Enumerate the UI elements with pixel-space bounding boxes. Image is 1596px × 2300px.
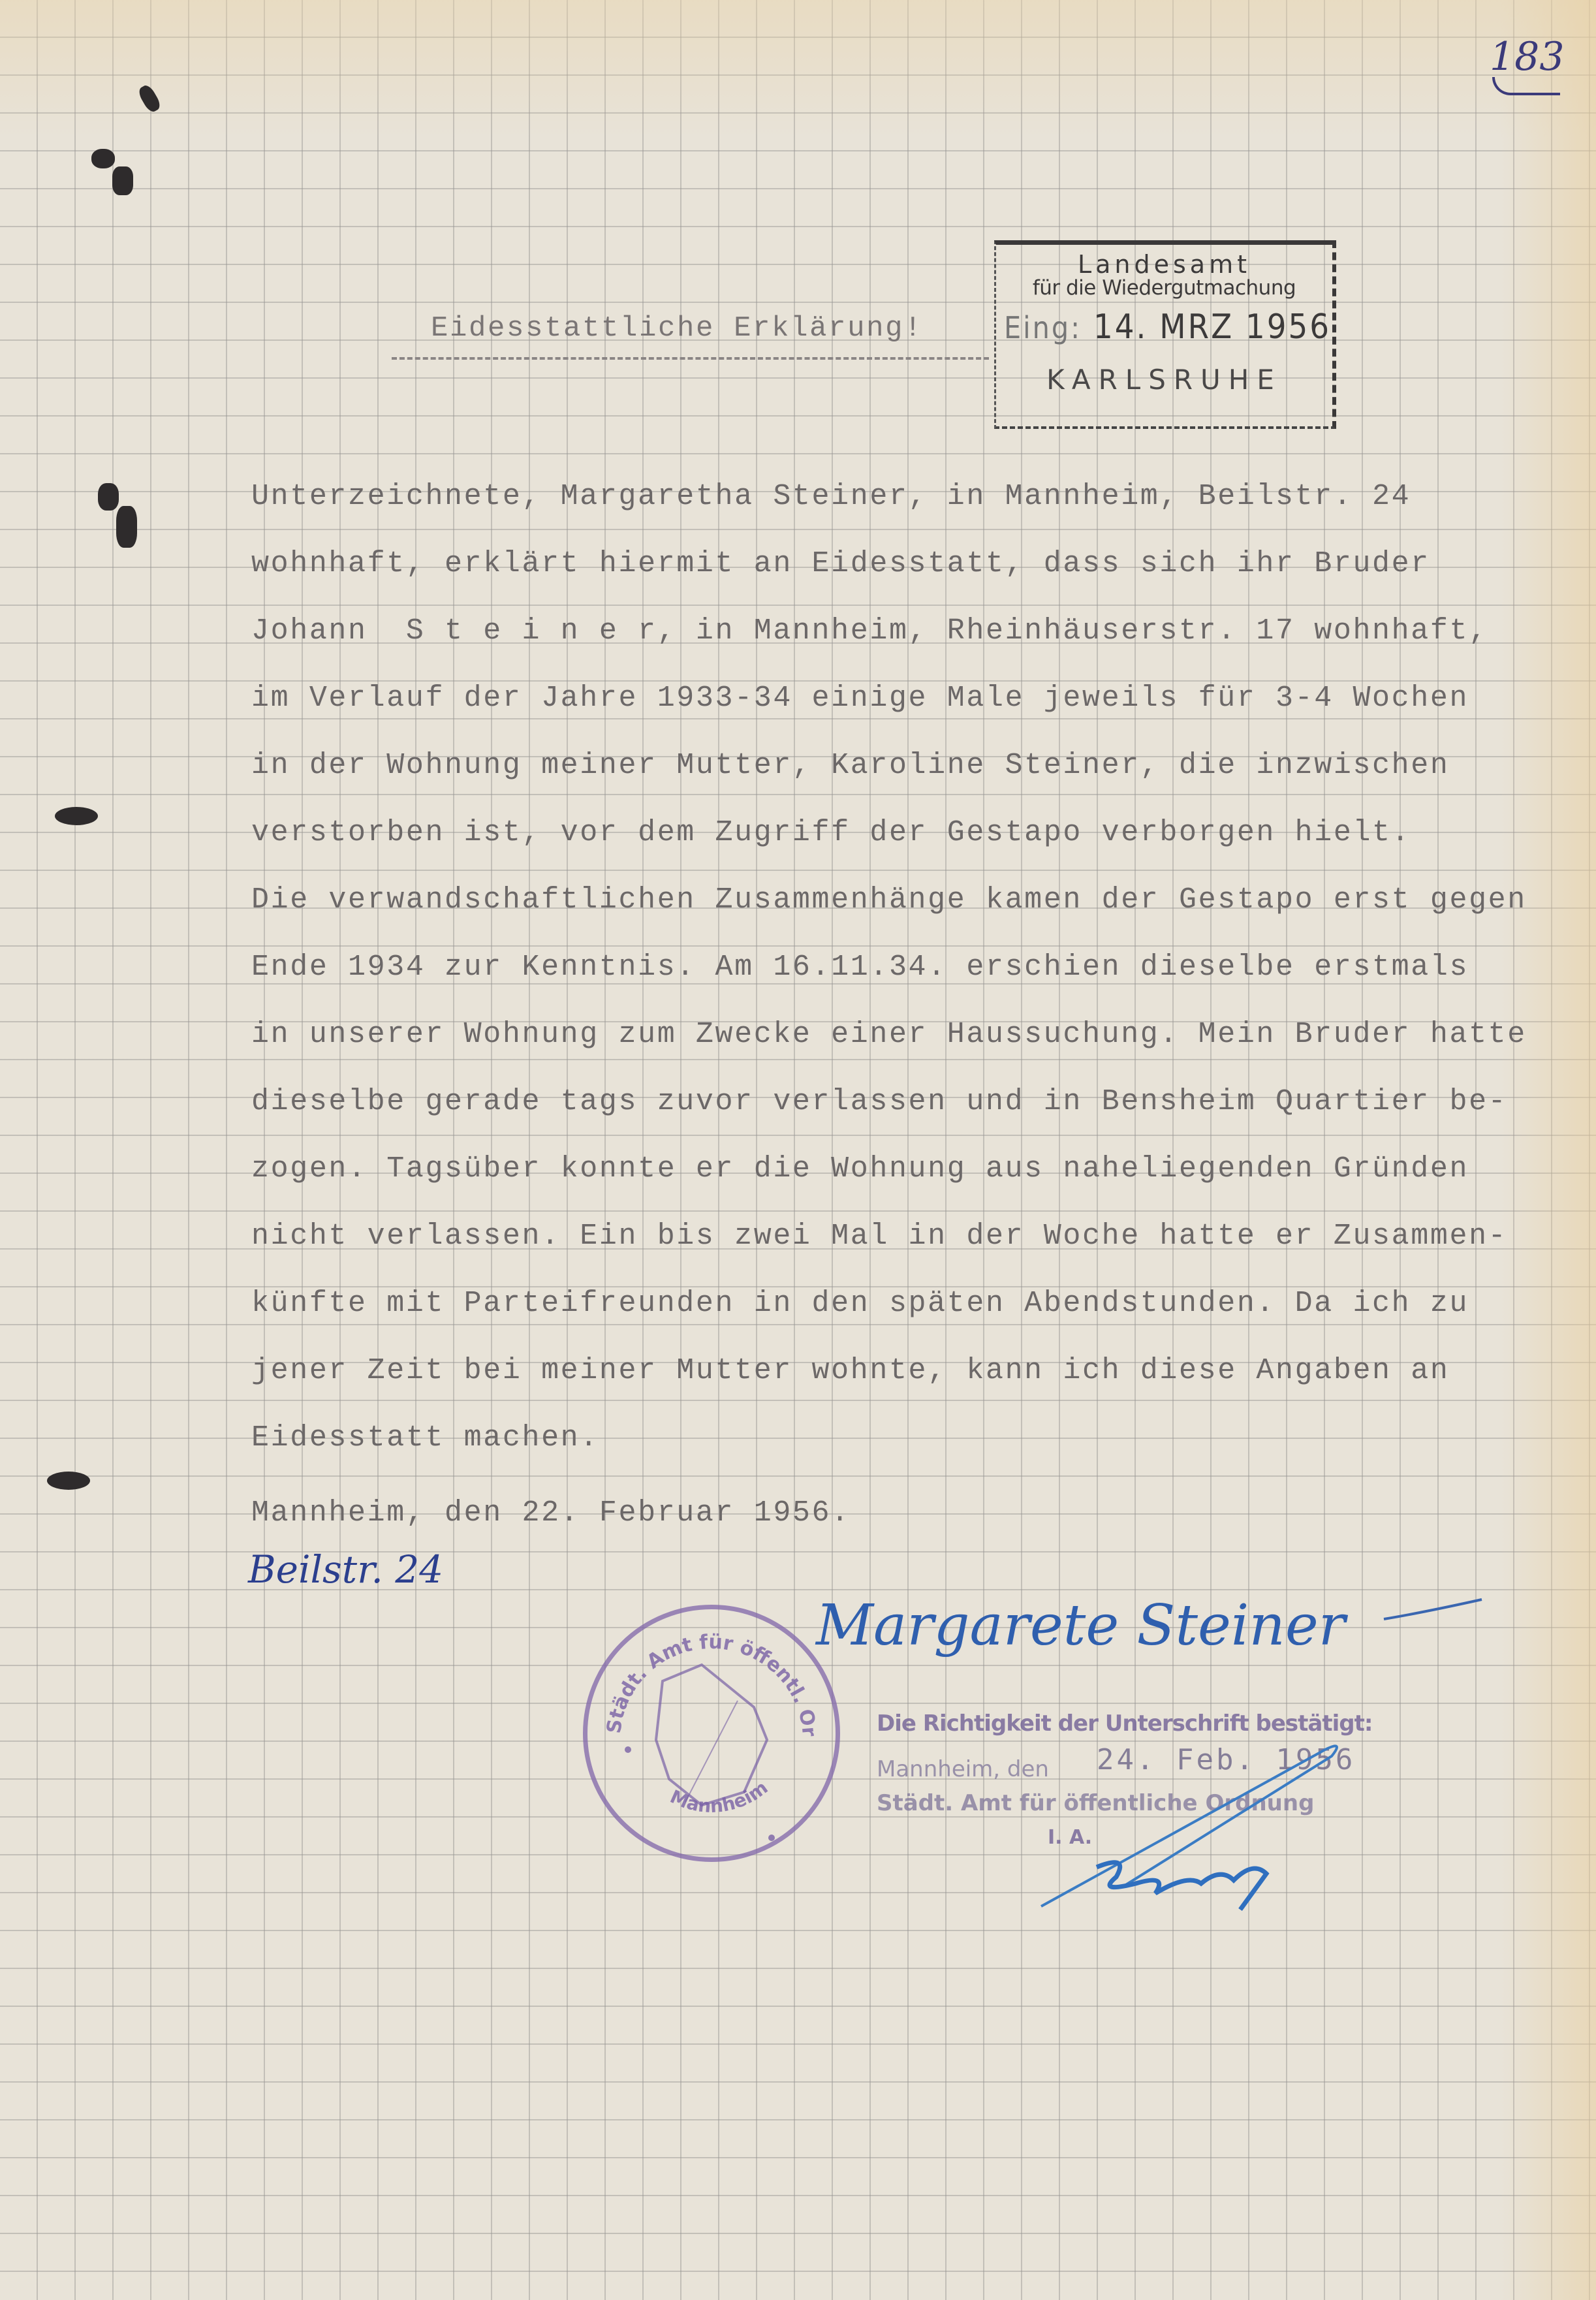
received-stamp-date-row: Eing: 14. MRZ 1956 — [996, 307, 1332, 347]
received-stamp-label: Eing: — [1004, 310, 1082, 345]
torn-mark-5 — [116, 506, 137, 548]
official-seal: Städt. Amt für öffentl. Ordnung Mannheim — [583, 1605, 840, 1862]
confirmation-stamp-heading: Die Richtigkeit der Unterschrift bestäti… — [877, 1710, 1372, 1737]
seal-emblem-icon: Städt. Amt für öffentl. Ordnung Mannheim — [587, 1609, 836, 1857]
body-line: in unserer Wohnung zum Zwecke einer Haus… — [251, 1018, 1527, 1051]
body-line: jener Zeit bei meiner Mutter wohnte, kan… — [251, 1354, 1449, 1387]
body-line: nicht verlassen. Ein bis zwei Mal in der… — [251, 1220, 1507, 1253]
body-line: in der Wohnung meiner Mutter, Karoline S… — [251, 749, 1449, 782]
torn-mark-4 — [98, 483, 119, 511]
page-number: 183 — [1490, 34, 1565, 80]
torn-mark-3 — [112, 166, 133, 195]
place-date: Mannheim, den 22. Februar 1956. — [251, 1496, 851, 1530]
torn-mark-2 — [91, 149, 115, 168]
body-line: Eidesstatt machen. — [251, 1421, 599, 1455]
body-line: Die verwandschaftlichen Zusammenhänge ka… — [251, 883, 1527, 917]
received-stamp-date: 14. MRZ 1956 — [1093, 307, 1331, 347]
body-line: Unterzeichnete, Margaretha Steiner, in M… — [251, 480, 1411, 513]
body-line: Johann S t e i n e r, in Mannheim, Rhein… — [251, 614, 1488, 648]
confirmation-stamp-place: Mannheim, den — [877, 1756, 1049, 1782]
body-line: im Verlauf der Jahre 1933-34 einige Male… — [251, 682, 1469, 715]
document-title: Eidesstattliche Erklärung! — [431, 312, 923, 345]
received-stamp-department: für die Wiedergutmachung — [996, 276, 1332, 300]
official-signature — [1038, 1737, 1351, 1919]
body-line: wohnhaft, erklärt hiermit an Eidesstatt,… — [251, 547, 1430, 580]
title-underline — [392, 357, 989, 360]
body-line: zogen. Tagsüber konnte er die Wohnung au… — [251, 1152, 1469, 1186]
punch-hole-top — [55, 807, 98, 825]
svg-text:Städt. Amt für öffentl. Ordnun: Städt. Amt für öffentl. Ordnung — [587, 1609, 821, 1737]
received-stamp-city: KARLSRUHE — [996, 364, 1332, 396]
body-line: dieselbe gerade tags zuvor verlassen und… — [251, 1085, 1507, 1118]
handwritten-address: Beilstr. 24 — [248, 1547, 443, 1592]
body-line: verstorben ist, vor dem Zugriff der Gest… — [251, 816, 1411, 849]
torn-mark-1 — [136, 83, 163, 114]
svg-text:Mannheim: Mannheim — [667, 1776, 772, 1817]
signature: Margarete Steiner — [816, 1593, 1345, 1658]
body-line: künfte mit Parteifreunden in den späten … — [251, 1287, 1469, 1320]
page-number-underline — [1492, 77, 1560, 95]
body-line: Ende 1934 zur Kenntnis. Am 16.11.34. ers… — [251, 951, 1469, 984]
received-stamp: Landesamt für die Wiedergutmachung Eing:… — [994, 240, 1336, 429]
received-stamp-office: Landesamt — [996, 250, 1332, 279]
signature-flourish — [1384, 1586, 1488, 1639]
punch-hole-bottom — [47, 1472, 90, 1490]
